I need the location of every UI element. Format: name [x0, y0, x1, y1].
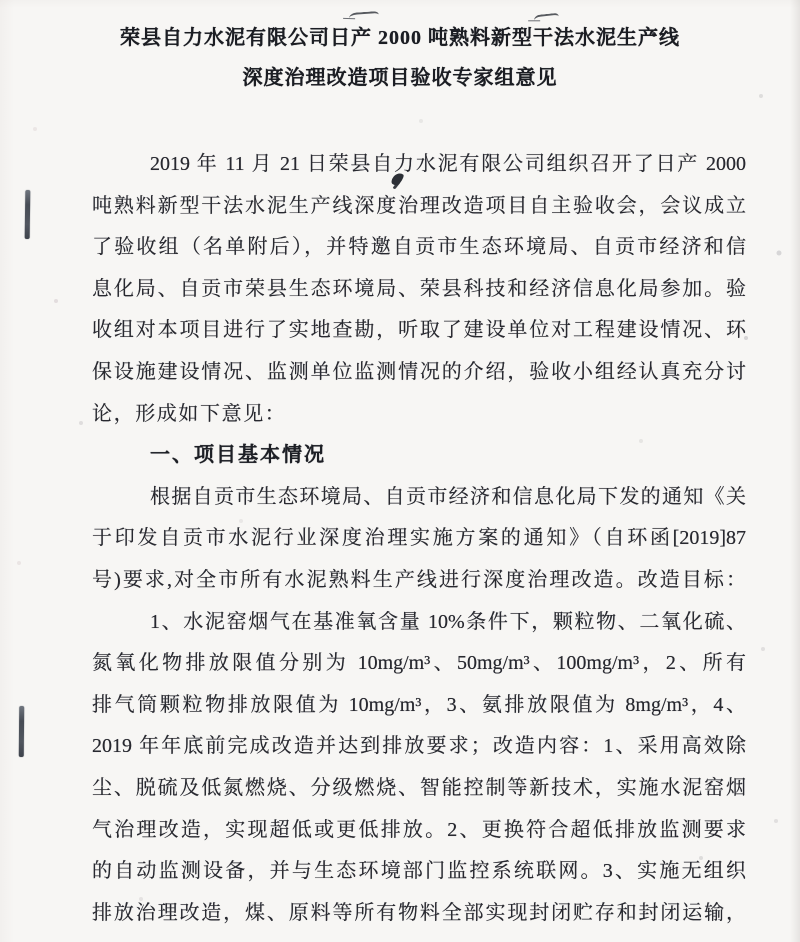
- document-title-line-1: 荣县自力水泥有限公司日产 2000 吨熟料新型干法水泥生产线: [12, 18, 788, 58]
- body-line: 排气筒颗粒物排放限值为 10mg/m³，3、氨排放限值为 8mg/m³，4、: [92, 685, 746, 727]
- body-line: 尘、脱硫及低氮燃烧、分级燃烧、智能控制等新技术，实施水泥窑烟: [92, 768, 746, 810]
- body-line: 的自动监测设备，并与生态环境部门监控系统联网。3、实施无组织: [92, 851, 746, 893]
- document-body: 2019 年 11 月 21 日荣县自力水泥有限公司组织召开了日产 2000 吨…: [92, 144, 746, 934]
- scanned-document-page: 荣县自力水泥有限公司日产 2000 吨熟料新型干法水泥生产线 深度治理改造项目验…: [0, 0, 800, 942]
- paper-specks: [0, 0, 2, 2]
- body-line: 论，形成如下意见：: [92, 394, 746, 436]
- body-line: 1、水泥窑烟气在基准氧含量 10%条件下，颗粒物、二氧化硫、: [92, 602, 746, 644]
- body-line: 收组对本项目进行了实地查勘，听取了建设单位对工程建设情况、环: [92, 310, 746, 352]
- body-line: 了验收组（名单附后），并特邀自贡市生态环境局、自贡市经济和信: [92, 227, 746, 269]
- binding-mark: [25, 190, 31, 239]
- body-line: 保设施建设情况、监测单位监测情况的介绍，验收小组经认真充分讨: [92, 352, 746, 394]
- body-line: 氮氧化物排放限值分别为 10mg/m³、50mg/m³、100mg/m³，2、所…: [92, 643, 746, 685]
- body-line: 2019 年年底前完成改造并达到排放要求；改造内容：1、采用高效除: [92, 726, 746, 768]
- document-title: 荣县自力水泥有限公司日产 2000 吨熟料新型干法水泥生产线 深度治理改造项目验…: [12, 18, 788, 98]
- body-line: 吨熟料新型干法水泥生产线深度治理改造项目自主验收会，会议成立: [92, 186, 746, 228]
- body-line: 于印发自贡市水泥行业深度治理实施方案的通知》（自环函[2019]87: [92, 518, 746, 560]
- body-line: 排放治理改造，煤、原料等所有物料全部实现封闭贮存和封闭运输，: [92, 893, 746, 935]
- document-title-line-2: 深度治理改造项目验收专家组意见: [12, 58, 788, 98]
- section-heading: 一、项目基本情况: [92, 435, 746, 477]
- binding-mark: [19, 706, 24, 757]
- body-line: 气治理改造，实现超低或更低排放。2、更换符合超低排放监测要求: [92, 810, 746, 852]
- body-line: 2019 年 11 月 21 日荣县自力水泥有限公司组织召开了日产 2000: [92, 144, 746, 186]
- body-line: 息化局、自贡市荣县生态环境局、荣县科技和经济信息化局参加。验: [92, 269, 746, 311]
- body-line: 根据自贡市生态环境局、自贡市经济和信息化局下发的通知《关: [92, 477, 746, 519]
- body-line: 号)要求,对全市所有水泥熟料生产线进行深度治理改造。改造目标：: [92, 560, 746, 602]
